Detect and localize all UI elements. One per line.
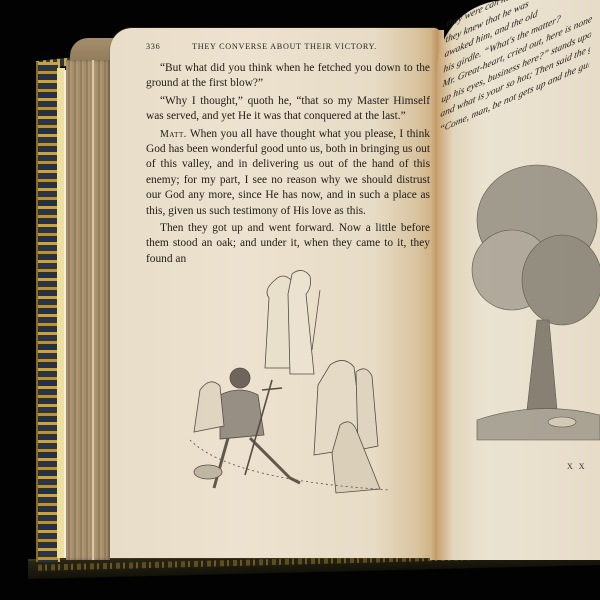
running-head: 336 THEY CONVERSE ABOUT THEIR VICTORY. (146, 42, 426, 51)
right-page-text: they were can he they knew that he was a… (439, 0, 597, 138)
knight-pilgrims-engraving (180, 260, 410, 500)
paragraph: Matt. When you all have thought what you… (146, 127, 430, 219)
book-photo: 336 THEY CONVERSE ABOUT THEIR VICTORY. “… (0, 0, 600, 600)
paragraph: “But what did you think when he fetched … (146, 61, 430, 92)
right-page: they were can he they knew that he was a… (437, 0, 600, 560)
left-page-text: “But what did you think when he fetched … (146, 61, 430, 267)
page-number: 336 (146, 42, 192, 51)
speaker-label: Matt. (160, 129, 187, 140)
page-fold-line (92, 60, 94, 560)
oak-tree-engraving (467, 150, 600, 450)
paragraph: “Why I thought,” quoth he, “that so my M… (146, 94, 430, 125)
running-head-title: THEY CONVERSE ABOUT THEIR VICTORY. (192, 42, 377, 51)
signature-mark: X X (567, 462, 587, 471)
page-block-fore-edge (66, 60, 110, 560)
left-page: 336 THEY CONVERSE ABOUT THEIR VICTORY. “… (110, 28, 440, 558)
